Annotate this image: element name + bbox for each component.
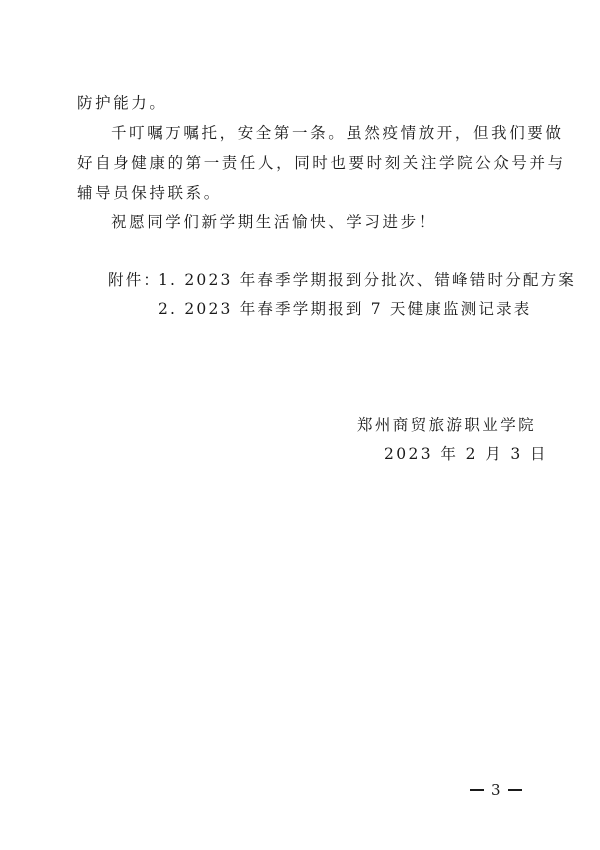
attachment-item-1: 1. 2023 年春季学期报到分批次、错峰错时分配方案 <box>158 270 576 290</box>
paragraph-line-4: 辅导员保持联系。 <box>77 183 527 203</box>
paragraph-line-1: 防护能力。 <box>77 93 527 113</box>
attachments-label: 附件： <box>108 270 161 290</box>
attachment-item-2: 2. 2023 年春季学期报到 7 天健康监测记录表 <box>158 299 532 319</box>
page-number-value: 3 <box>491 780 501 800</box>
signature-date: 2023 年 2 月 3 日 <box>384 444 548 464</box>
dash-right <box>508 789 522 791</box>
paragraph-line-2: 千叮嘱万嘱托，安全第一条。虽然疫情放开，但我们要做 <box>111 123 561 143</box>
document-page: 防护能力。 千叮嘱万嘱托，安全第一条。虽然疫情放开，但我们要做 好自身健康的第一… <box>0 0 600 850</box>
paragraph-line-5: 祝愿同学们新学期生活愉快、学习进步！ <box>111 212 561 232</box>
page-number: 3 <box>470 780 522 800</box>
dash-left <box>470 789 484 791</box>
paragraph-line-3: 好自身健康的第一责任人，同时也要时刻关注学院公众号并与 <box>77 153 527 173</box>
signature-organization: 郑州商贸旅游职业学院 <box>357 415 536 435</box>
